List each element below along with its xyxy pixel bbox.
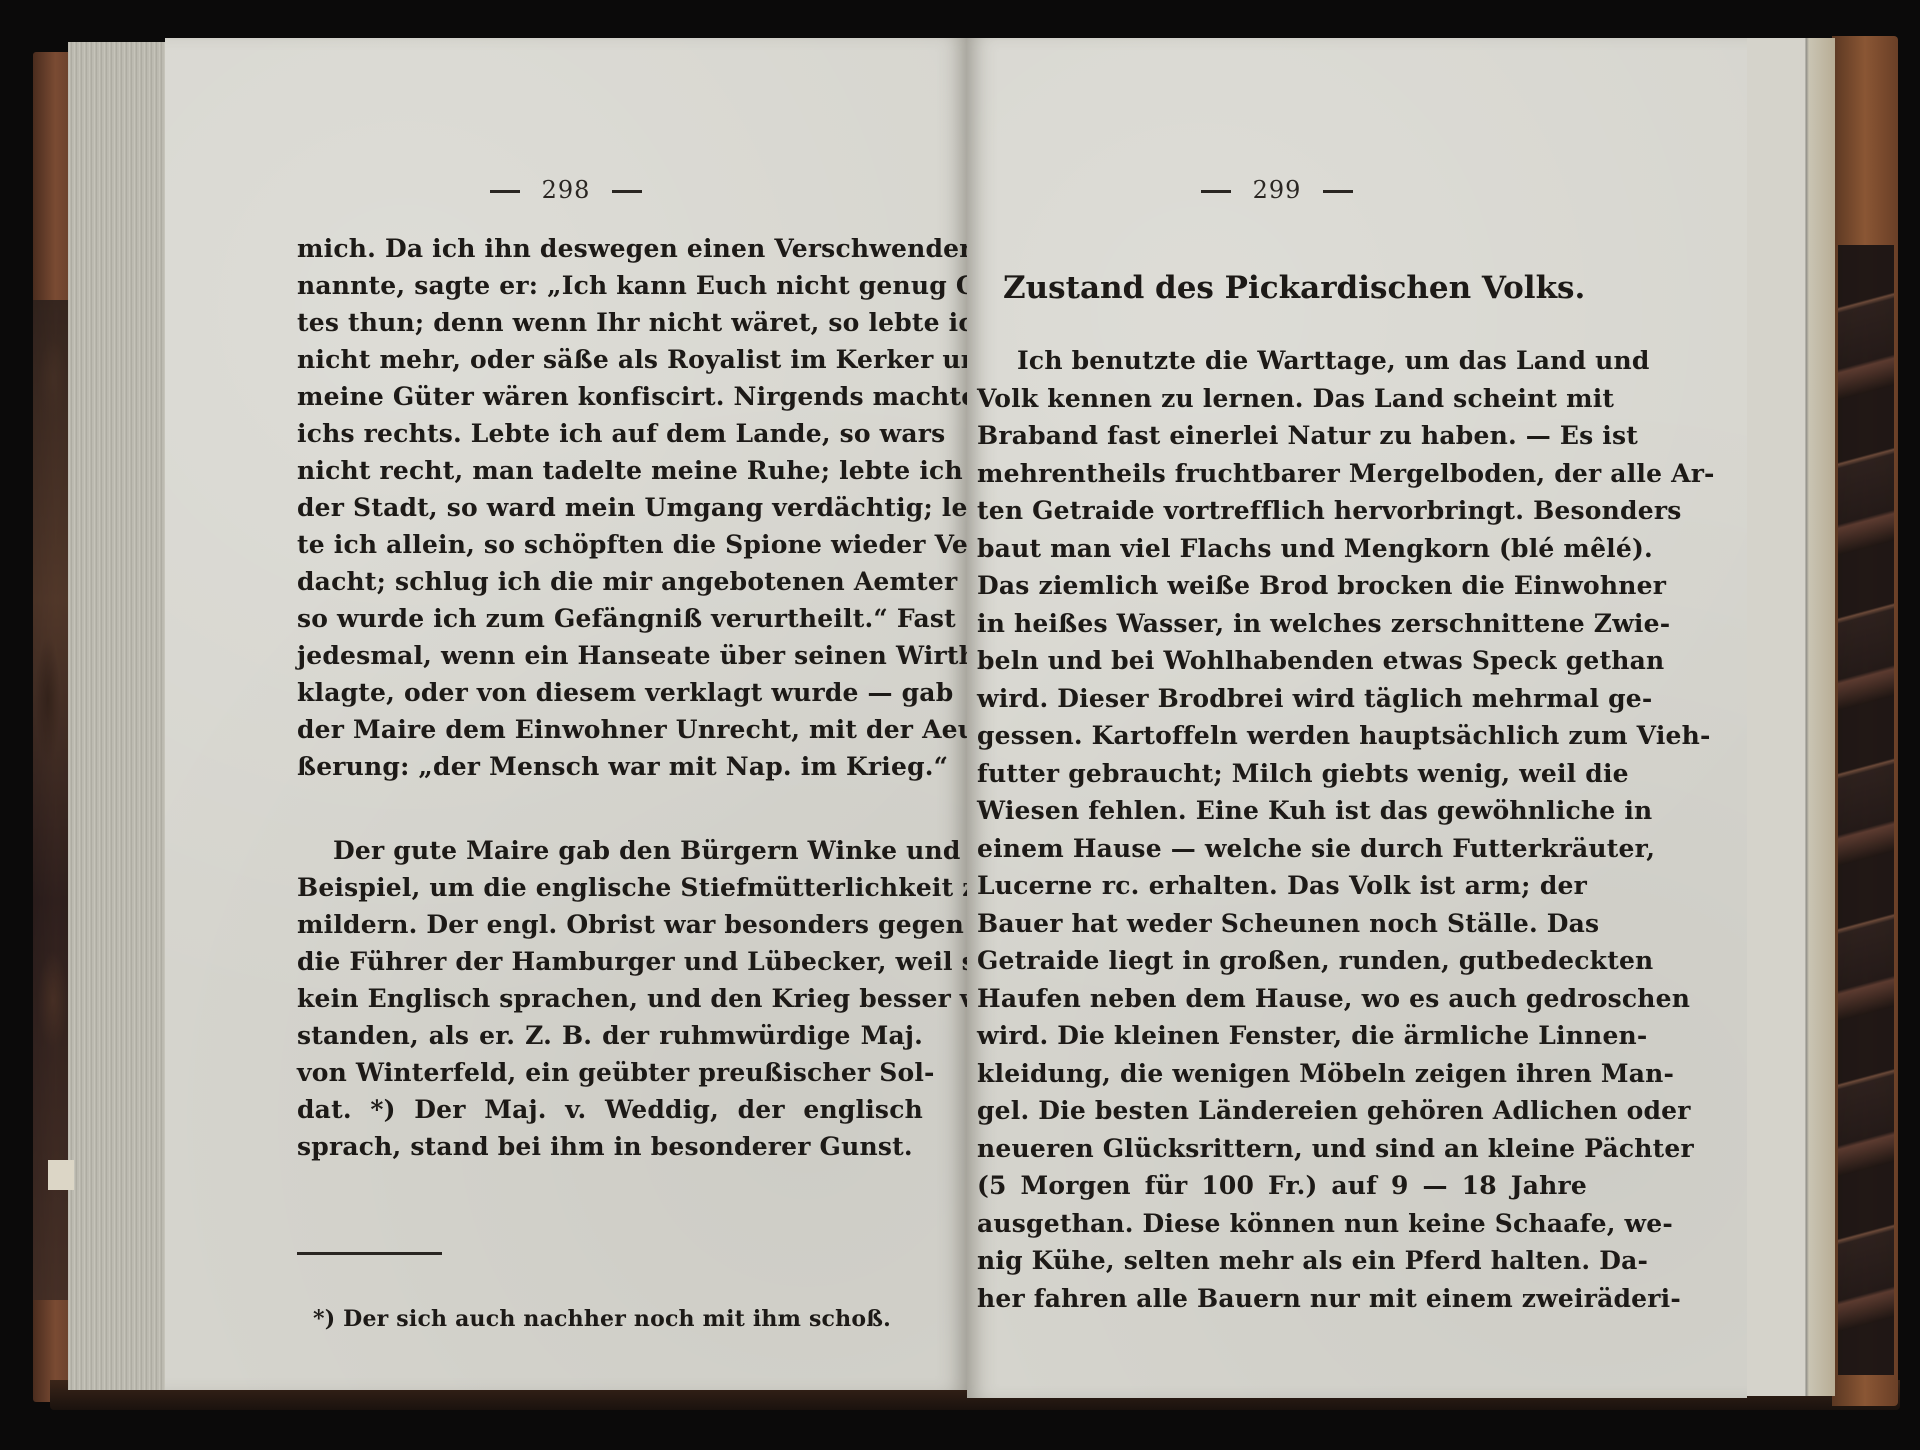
left-page: 298 mich. Da ich ihn deswegen einen Vers… <box>165 38 967 1390</box>
text-line: mildern. Der engl. Obrist war besonders … <box>297 910 923 939</box>
text-line: tes thun; denn wenn Ihr nicht wäret, so … <box>297 308 923 337</box>
text-line: ten Getraide vortrefflich hervorbringt. … <box>977 496 1587 525</box>
text-line: Haufen neben dem Hause, wo es auch gedro… <box>977 984 1587 1013</box>
right-body-text: Ich benutzte die Warttage, um das Land u… <box>977 346 1587 1386</box>
text-line: baut man viel Flachs und Mengkorn (blé m… <box>977 534 1587 563</box>
text-line: beln und bei Wohlhabenden etwas Speck ge… <box>977 646 1587 675</box>
text-line: her fahren alle Bauern nur mit einem zwe… <box>977 1284 1587 1313</box>
text-line: te ich allein, so schöpften die Spione w… <box>297 530 923 559</box>
text-line: jedesmal, wenn ein Hanseate über seinen … <box>297 641 923 670</box>
dash-ornament <box>1201 190 1231 193</box>
text-line: (5 Morgen für 100 Fr.) auf 9 — 18 Jahre <box>977 1171 1587 1200</box>
right-page-stack <box>1745 38 1835 1396</box>
text-line: meine Güter wären konfiscirt. Nirgends m… <box>297 382 923 411</box>
text-line: klagte, oder von diesem verklagt wurde —… <box>297 678 923 707</box>
text-line: gessen. Kartoffeln werden hauptsächlich … <box>977 721 1587 750</box>
text-line: Der gute Maire gab den Bürgern Winke und <box>333 836 923 865</box>
text-line: mich. Da ich ihn deswegen einen Verschwe… <box>297 234 923 263</box>
page-number-text: 298 <box>542 176 591 204</box>
text-line: ichs rechts. Lebte ich auf dem Lande, so… <box>297 419 923 448</box>
text-line: einem Hause — welche sie durch Futterkrä… <box>977 834 1587 863</box>
text-line: nannte, sagte er: „Ich kann Euch nicht g… <box>297 271 923 300</box>
left-body-text: mich. Da ich ihn deswegen einen Verschwe… <box>297 234 923 1334</box>
text-line: futter gebraucht; Milch giebts wenig, we… <box>977 759 1587 788</box>
dash-ornament <box>612 190 642 193</box>
text-line: Getraide liegt in großen, runden, gutbed… <box>977 946 1587 975</box>
text-line: nig Kühe, selten mehr als ein Pferd halt… <box>977 1246 1587 1275</box>
text-line: von Winterfeld, ein geübter preußischer … <box>297 1058 923 1087</box>
dash-ornament <box>490 190 520 193</box>
text-line: Beispiel, um die englische Stiefmütterli… <box>297 873 923 902</box>
section-heading: Zustand des Pickardischen Volks. <box>1003 270 1543 306</box>
text-line: ausgethan. Diese können nun keine Schaaf… <box>977 1209 1587 1238</box>
bookmark-slip <box>48 1160 74 1190</box>
text-line: wird. Dieser Brodbrei wird täglich mehrm… <box>977 684 1587 713</box>
dash-ornament <box>1323 190 1353 193</box>
text-line: Bauer hat weder Scheunen noch Ställe. Da… <box>977 909 1587 938</box>
page-number-left: 298 <box>165 176 967 204</box>
text-line: der Maire dem Einwohner Unrecht, mit der… <box>297 715 923 744</box>
page-number-text: 299 <box>1253 176 1302 204</box>
text-line: in heißes Wasser, in welches zerschnitte… <box>977 609 1587 638</box>
text-line: Braband fast einerlei Natur zu haben. — … <box>977 421 1587 450</box>
text-line: neueren Glücksrittern, und sind an klein… <box>977 1134 1587 1163</box>
footnote-rule <box>297 1252 442 1255</box>
text-line: standen, als er. Z. B. der ruhmwürdige M… <box>297 1021 923 1050</box>
right-page: 299 Zustand des Pickardischen Volks. Ich… <box>967 38 1747 1398</box>
left-cover-marbling <box>33 300 71 1300</box>
text-line: ßerung: „der Mensch war mit Nap. im Krie… <box>297 752 923 781</box>
text-line: Wiesen fehlen. Eine Kuh ist das gewöhnli… <box>977 796 1587 825</box>
text-line: kleidung, die wenigen Möbeln zeigen ihre… <box>977 1059 1587 1088</box>
footnote: *) Der sich auch nachher noch mit ihm sc… <box>313 1306 923 1332</box>
text-line: nicht recht, man tadelte meine Ruhe; leb… <box>297 456 923 485</box>
text-line: dacht; schlug ich die mir angebotenen Ae… <box>297 567 923 596</box>
text-line: die Führer der Hamburger und Lübecker, w… <box>297 947 923 976</box>
text-line: Volk kennen zu lernen. Das Land scheint … <box>977 384 1587 413</box>
text-line: Ich benutzte die Warttage, um das Land u… <box>1017 346 1587 375</box>
left-page-stack <box>68 42 168 1390</box>
text-line: wird. Die kleinen Fenster, die ärmliche … <box>977 1021 1587 1050</box>
text-line: der Stadt, so ward mein Umgang verdächti… <box>297 493 923 522</box>
text-line: nicht mehr, oder säße als Royalist im Ke… <box>297 345 923 374</box>
page-number-right: 299 <box>967 176 1587 204</box>
text-line: Das ziemlich weiße Brod brocken die Einw… <box>977 571 1587 600</box>
text-line: kein Englisch sprachen, und den Krieg be… <box>297 984 923 1013</box>
text-line: sprach, stand bei ihm in besonderer Guns… <box>297 1132 923 1161</box>
text-line: gel. Die besten Ländereien gehören Adlic… <box>977 1096 1587 1125</box>
text-line: so wurde ich zum Gefängniß verurtheilt.“… <box>297 604 923 633</box>
text-line: mehrentheils fruchtbarer Mergelboden, de… <box>977 459 1587 488</box>
text-line: Lucerne rc. erhalten. Das Volk ist arm; … <box>977 871 1587 900</box>
text-line: dat. *) Der Maj. v. Weddig, der englisch <box>297 1095 923 1124</box>
right-cover-marbling <box>1838 245 1894 1375</box>
